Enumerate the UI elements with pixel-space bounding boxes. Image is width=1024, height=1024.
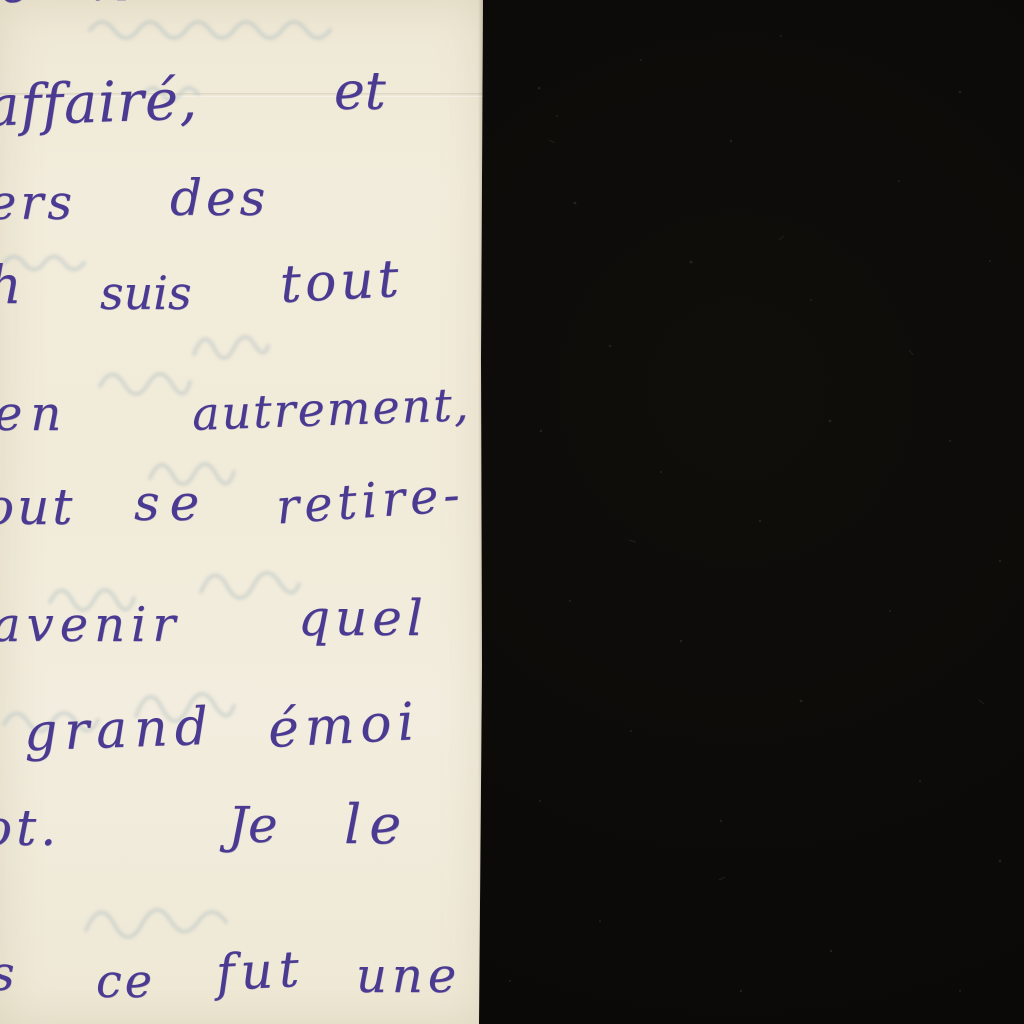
handwriting-word: Je: [228, 800, 278, 850]
handwriting-word: suis: [100, 270, 192, 316]
letter-page: e vi affairé, et ers des h suis tout en …: [0, 0, 484, 1024]
handwriting-word: retire-: [275, 470, 466, 531]
handwriting-word: une: [356, 952, 461, 1000]
handwriting-word: ce: [96, 958, 155, 1004]
handwriting-word: s: [0, 950, 15, 998]
handwriting-word: h: [0, 260, 22, 312]
fabric-speckles: [479, 0, 1024, 1024]
handwriting-word: en: [0, 390, 69, 438]
handwriting-word: avenir: [0, 601, 181, 649]
handwriting-word: vi: [86, 0, 130, 8]
manuscript-photograph: e vi affairé, et ers des h suis tout en …: [0, 0, 1024, 1024]
ink-bleedthrough-mark: [80, 886, 240, 948]
ink-bleedthrough-mark: [188, 320, 273, 368]
handwriting-word: out: [0, 482, 75, 532]
handwriting-word: fut: [215, 944, 306, 999]
ink-bleedthrough-mark: [85, 8, 385, 42]
handwriting-word: autrement,: [191, 381, 471, 437]
handwriting-word: ers: [0, 179, 76, 227]
handwriting-word: ot.: [0, 803, 60, 853]
handwriting-word: quel: [298, 593, 428, 643]
handwriting-word: des: [170, 173, 269, 223]
handwriting-word: et: [334, 66, 386, 118]
handwriting-word: émoi: [267, 696, 422, 756]
handwriting-word: e: [0, 0, 30, 10]
handwriting-word: affairé,: [0, 72, 199, 135]
handwriting-word: le: [344, 798, 409, 852]
handwriting-word: grand: [23, 701, 216, 760]
handwriting-word: se: [134, 478, 209, 528]
handwriting-word: tout: [279, 253, 404, 311]
ink-bleedthrough-mark: [195, 552, 305, 608]
ink-bleedthrough-mark: [95, 356, 195, 398]
